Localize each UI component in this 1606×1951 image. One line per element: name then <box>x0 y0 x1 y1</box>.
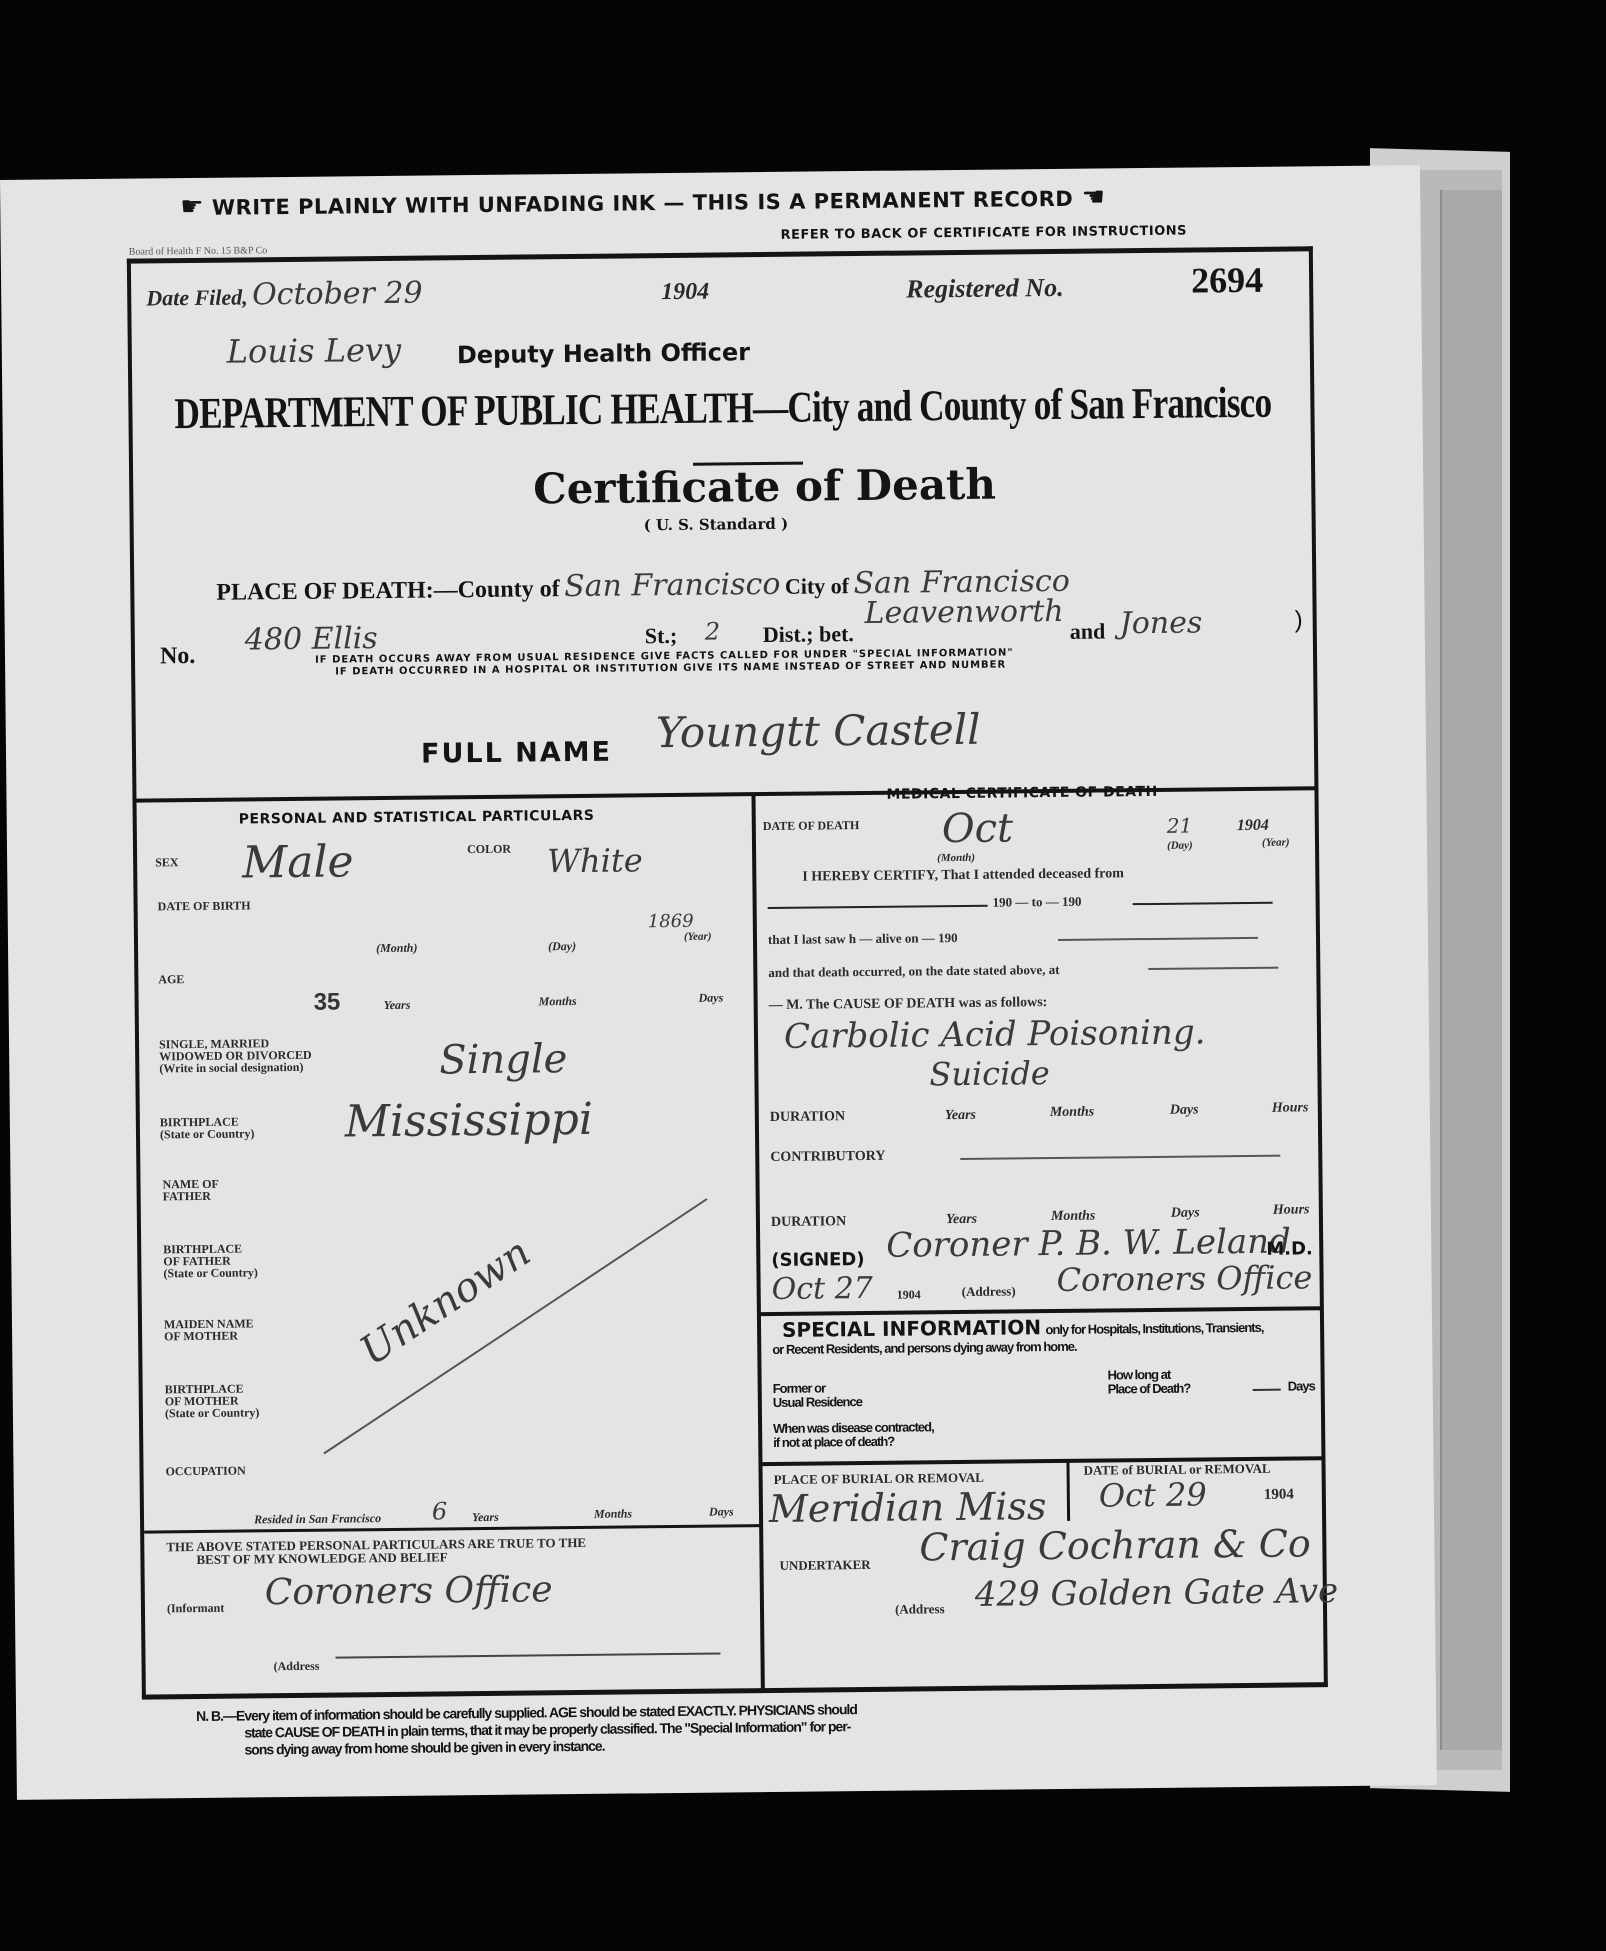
how-long-line <box>1253 1389 1281 1391</box>
dod-day: 21 <box>1167 814 1193 838</box>
burial-year: 1904 <box>1264 1489 1294 1501</box>
warning-banner: ☛ WRITE PLAINLY WITH UNFADING INK — THIS… <box>180 182 1105 222</box>
burial-place-label: PLACE OF BURIAL OR REMOVAL <box>774 1472 984 1486</box>
filed-year: 1904 <box>661 279 709 307</box>
marital-value: Single <box>439 1036 568 1083</box>
how-long-label: How long at Place of Death? <box>1108 1368 1191 1397</box>
county-value: San Francisco <box>564 567 781 604</box>
undertaker-value: Craig Cochran & Co <box>919 1521 1311 1569</box>
form-code: Board of Health F No. 15 B&P Co <box>129 245 268 257</box>
place-note: IF DEATH OCCURS AWAY FROM USUAL RESIDENC… <box>315 647 1014 678</box>
certificate-subtitle: ( U. S. Standard ) <box>644 515 789 535</box>
informant-address-line <box>335 1653 720 1659</box>
medical-heading: MEDICAL CERTIFICATE OF DEATH <box>886 784 1157 803</box>
last-saw-statement: that I last saw h — alive on — 190 <box>768 932 958 946</box>
physician-address-label: (Address) <box>962 1285 1016 1298</box>
burial-date: Oct 29 <box>1099 1475 1207 1514</box>
sex-value: Male <box>242 836 354 888</box>
sex-label: SEX <box>155 856 178 868</box>
contributory-line <box>960 1155 1280 1160</box>
birthplace-value: Mississippi <box>345 1094 594 1148</box>
occurred-line <box>1148 967 1278 970</box>
to-date-line <box>1133 902 1273 905</box>
dob-year: 1869 <box>648 911 694 932</box>
dob-label: DATE OF BIRTH <box>158 899 251 912</box>
between-street-2: Jones <box>1120 605 1203 641</box>
pointing-hand-icon: ☛ <box>1081 182 1105 212</box>
date-filed: Date Filed, October 29 <box>146 276 423 314</box>
duration-label: DURATION <box>770 1111 845 1124</box>
signed-date: Oct 27 <box>771 1271 873 1307</box>
signed-year: 1904 <box>897 1288 921 1300</box>
undertaker-address-label: (Address <box>895 1603 945 1616</box>
registered-label: Registered No. <box>906 273 1064 305</box>
department-heading: DEPARTMENT OF PUBLIC HEALTH—City and Cou… <box>174 377 1271 439</box>
burial-column-divider <box>1066 1461 1070 1521</box>
st-value: 2 <box>705 617 721 645</box>
frame-bottom <box>142 1682 1328 1699</box>
officer-signature: Louis Levy <box>227 331 402 371</box>
color-label: COLOR <box>467 843 511 855</box>
dist-label: Dist.; bet. <box>763 621 854 648</box>
certify-statement: I HEREBY CERTIFY, That I attended deceas… <box>802 868 1124 883</box>
informant-address-label: (Address <box>274 1660 320 1672</box>
mother-birthplace-label: BIRTHPLACE OF MOTHER (State or Country) <box>165 1382 260 1419</box>
street-no-label: No. <box>160 643 196 670</box>
special-heading: SPECIAL INFORMATION only for Hospitals, … <box>782 1313 1264 1342</box>
burial-date-label: DATE of BURIAL or REMOVAL <box>1084 1463 1271 1477</box>
color-value: White <box>547 841 643 880</box>
informant-value: Coroners Office <box>265 1569 553 1613</box>
street-address: 480 Ellis <box>245 621 378 657</box>
dod-month: Oct <box>942 805 1014 852</box>
age-years: 35 <box>313 988 340 1016</box>
officer-title: Deputy Health Officer <box>457 338 750 369</box>
cause-label: — M. The CAUSE OF DEATH was as follows: <box>769 997 1048 1012</box>
father-birthplace-label: BIRTHPLACE OF FATHER (State or Country) <box>163 1242 258 1279</box>
father-name-label: NAME OF FATHER <box>162 1178 219 1203</box>
and-label: and <box>1070 618 1106 644</box>
date-filed-value: October 29 <box>252 276 423 313</box>
contracted-label: When was disease contracted, if not at p… <box>773 1420 934 1450</box>
frame-top <box>127 246 1313 263</box>
cause-of-death: Carbolic Acid Poisoning. <box>784 1012 1206 1056</box>
resided-label: Resided in San Francisco <box>254 1511 381 1527</box>
birthplace-label: BIRTHPLACE (State or Country) <box>160 1115 255 1140</box>
st-label: St.; <box>645 623 678 649</box>
frame-right <box>1309 246 1328 1686</box>
marital-label: SINGLE, MARRIED WIDOWED OR DIVORCED (Wri… <box>159 1037 312 1075</box>
attest-divider <box>144 1524 761 1533</box>
occupation-label: OCCUPATION <box>165 1464 245 1477</box>
contributory-label: CONTRIBUTORY <box>770 1151 885 1164</box>
refer-note: REFER TO BACK OF CERTIFICATE FOR INSTRUC… <box>781 224 1187 243</box>
dod-year: 1904 <box>1237 817 1269 835</box>
signed-label: (SIGNED) <box>771 1249 864 1271</box>
footnote: N. B.—Every item of information should b… <box>196 1701 857 1759</box>
pointing-hand-icon: ☛ <box>180 192 204 222</box>
md-label: M.D. <box>1266 1238 1313 1259</box>
certificate-title: Certificate of Death <box>533 460 996 514</box>
between-street-1: Leavenworth <box>864 594 1063 631</box>
from-date-line <box>768 905 988 909</box>
death-certificate: ☛ WRITE PLAINLY WITH UNFADING INK — THIS… <box>0 165 1437 1800</box>
parents-value: Unknown <box>352 1229 539 1374</box>
mother-name-label: MAIDEN NAME OF MOTHER <box>164 1317 254 1342</box>
full-name-value: Youngtt Castell <box>656 705 981 757</box>
occurred-statement: and that death occurred, on the date sta… <box>768 964 1059 979</box>
undertaker-address: 429 Golden Gate Ave <box>975 1571 1339 1615</box>
informant-label: (Informant <box>167 1602 224 1615</box>
registered-number: 2694 <box>1191 259 1263 302</box>
attestation: THE ABOVE STATED PERSONAL PARTICULARS AR… <box>166 1536 586 1566</box>
resided-years: 6 <box>432 1497 448 1525</box>
dod-label: DATE OF DEATH <box>763 819 860 832</box>
from-to-dates: 190 — to — 190 <box>993 896 1082 909</box>
page-stack-edge <box>1440 190 1502 1750</box>
physician-address: Coroners Office <box>1056 1258 1312 1299</box>
column-divider <box>751 794 764 1691</box>
frame-left <box>127 259 146 1699</box>
full-name-label: FULL NAME <box>421 737 612 770</box>
former-residence-label: Former or Usual Residence <box>773 1381 862 1410</box>
cause-secondary: Suicide <box>929 1054 1050 1093</box>
paren-close: ) <box>1295 606 1303 634</box>
duration-label-2: DURATION <box>771 1216 846 1229</box>
undertaker-label: UNDERTAKER <box>779 1559 870 1572</box>
last-saw-line <box>1058 937 1258 941</box>
age-label: AGE <box>158 973 184 985</box>
personal-heading: PERSONAL AND STATISTICAL PARTICULARS <box>239 808 595 828</box>
